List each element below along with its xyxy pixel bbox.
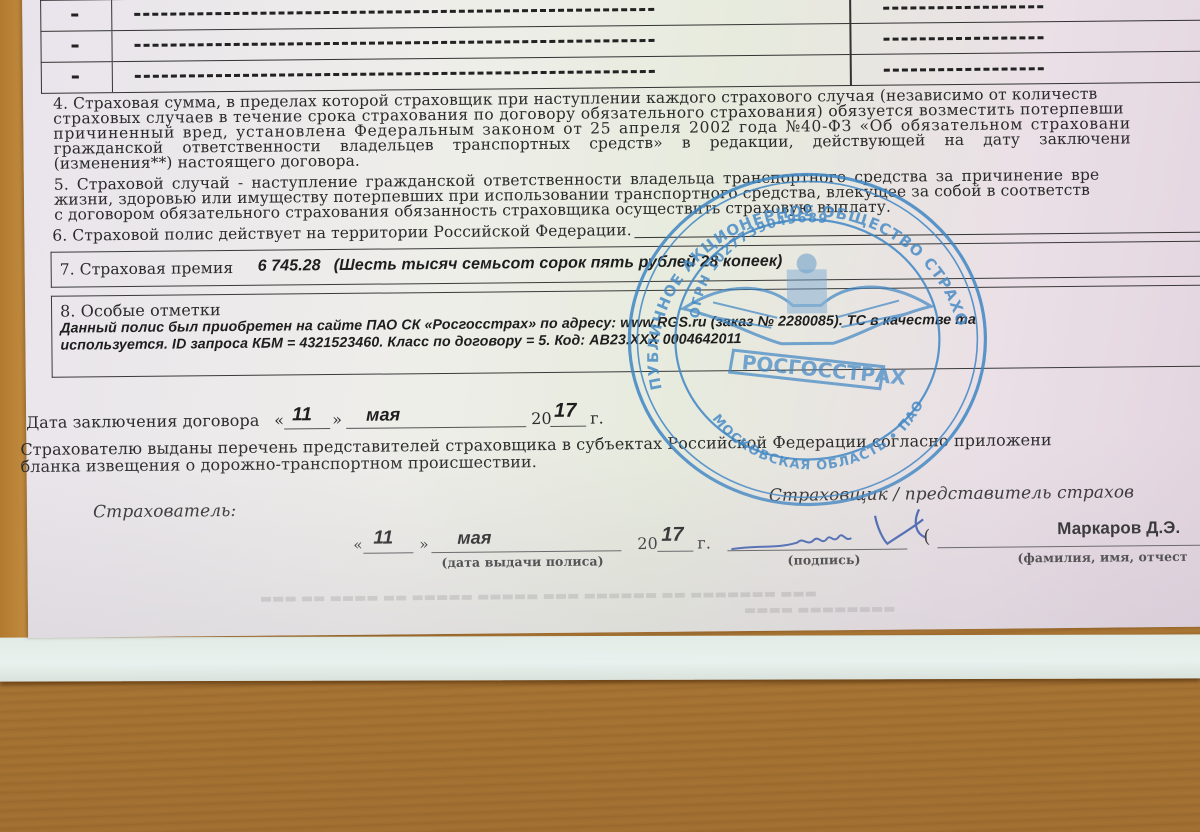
- clause-6: 6. Страховой полис действует на территор…: [52, 222, 632, 244]
- faded-text: ▬▬▬▬ ▬▬▬▬▬▬▬▬: [744, 602, 896, 618]
- dashed-placeholder: [884, 67, 1044, 72]
- handwritten-signature: [727, 503, 927, 557]
- divider: [634, 231, 1200, 238]
- paren-open: (: [923, 529, 930, 545]
- premium-box: 7. Страховая премия 6 745.28 (Шесть тыся…: [51, 240, 1200, 288]
- insurer-label: Страховщик / представитель страхов: [769, 484, 1134, 504]
- issue-year: 17: [661, 527, 684, 543]
- quote-close: »: [332, 412, 342, 428]
- contract-year: 17: [554, 403, 577, 419]
- underlying-paper-sheet: [0, 634, 1200, 681]
- year-unit: г.: [697, 535, 711, 551]
- issue-day: 11: [373, 530, 393, 546]
- row-mark: [72, 75, 79, 78]
- issue-date-caption: (дата выдачи полиса): [441, 553, 603, 571]
- row-mark: [71, 13, 78, 16]
- dashed-placeholder: [135, 39, 655, 47]
- quote-open: «: [353, 537, 362, 553]
- year-prefix: 20: [637, 536, 658, 552]
- special-notes-label: 8. Особые отметки: [60, 302, 221, 320]
- year-unit: г.: [590, 410, 604, 426]
- name-caption: (фамилия, имя, отчест: [1017, 549, 1187, 567]
- issue-month: мая: [457, 530, 491, 546]
- clause-4-line: (изменения**) настоящего договора.: [54, 153, 360, 172]
- contract-month: мая: [366, 406, 400, 422]
- premium-amount-words: (Шесть тысяч семьсот сорок пять рублей 2…: [334, 254, 783, 274]
- quote-close: »: [419, 536, 428, 552]
- premium-label: 7. Страховая премия: [60, 260, 234, 278]
- contract-day: 11: [292, 407, 312, 423]
- quote-open: «: [274, 413, 284, 429]
- policyholder-label: Страхователь:: [93, 503, 236, 520]
- contract-date-label: Дата заключения договора: [26, 413, 259, 431]
- premium-amount: 6 745.28: [258, 258, 321, 275]
- signature-caption: (подпись): [787, 552, 860, 569]
- representative-name: Маркаров Д.Э.: [1057, 520, 1180, 537]
- year-prefix: 20: [531, 411, 552, 427]
- dashed-placeholder: [135, 70, 655, 78]
- vehicle-table: [40, 0, 1200, 94]
- dashed-placeholder: [883, 36, 1043, 41]
- issued-note-line: бланка извещения о дорожно-транспортном …: [21, 454, 538, 475]
- special-notes-box: 8. Особые отметки Данный полис был приоб…: [51, 284, 1200, 378]
- insurance-policy-sheet: 4. Страховая сумма, в пределах которой с…: [22, 0, 1200, 638]
- dashed-placeholder: [134, 8, 654, 16]
- dashed-placeholder: [883, 5, 1043, 10]
- faded-text: ▬▬▬ ▬▬ ▬▬▬▬ ▬▬ ▬▬▬▬▬ ▬▬▬▬▬ ▬▬▬ ▬▬▬▬▬▬ ▬▬…: [260, 586, 817, 606]
- row-mark: [72, 44, 79, 47]
